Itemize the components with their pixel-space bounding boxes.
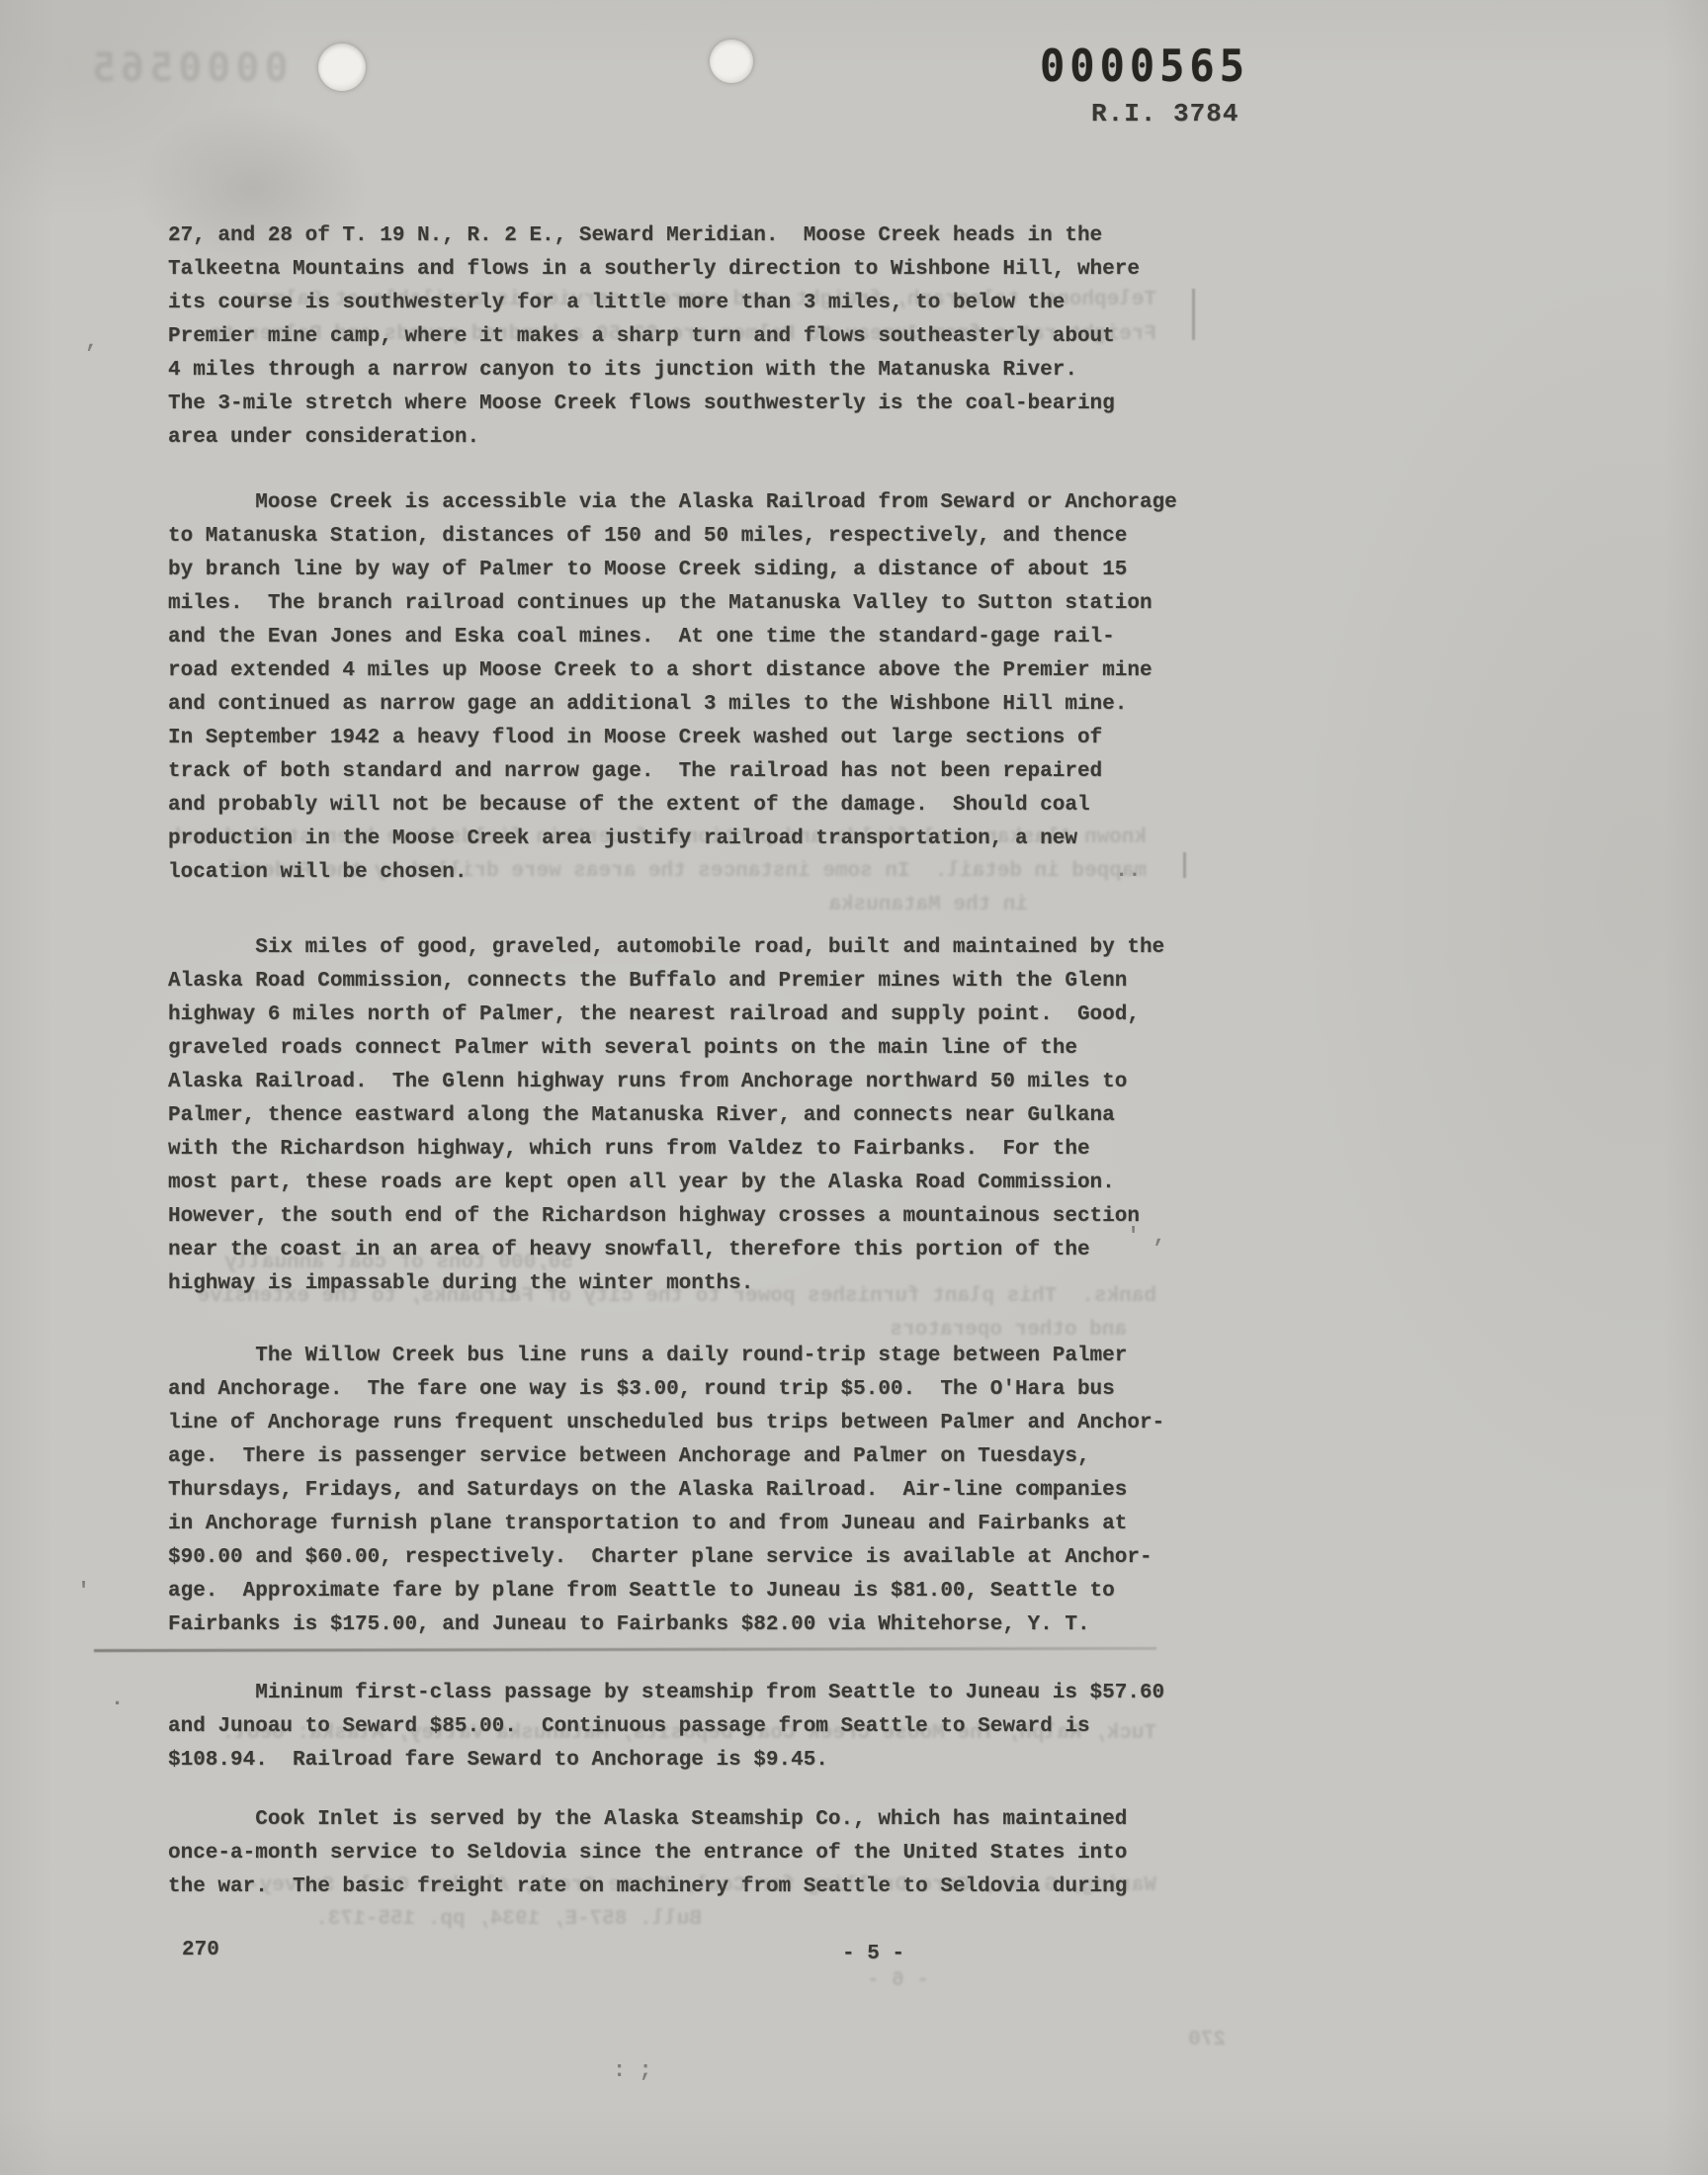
paragraph-location-description: 27, and 28 of T. 19 N., R. 2 E., Seward … (168, 219, 1166, 455)
bleedthrough-line: 270 (1087, 2029, 1226, 2051)
paragraph-roads: Six miles of good, graveled, automobile … (168, 931, 1166, 1301)
paragraph-bus-and-air: The Willow Creek bus line runs a daily r… (168, 1340, 1166, 1642)
bleedthrough-stamp: 0000565 (87, 45, 289, 91)
stray-mark: : ; (613, 2058, 652, 2083)
stray-mark: , (85, 329, 98, 354)
paragraph-steamship-fares: Mininum first-class passage by steamship… (168, 1677, 1166, 1778)
document-serial-stamp: 0000565 (1040, 41, 1249, 92)
pencil-rule-line (94, 1647, 1156, 1652)
report-number: R.I. 3784 (1091, 99, 1238, 129)
paragraph-railroad-access: Moose Creek is accessible via the Alaska… (168, 486, 1166, 890)
stray-mark: . (111, 1687, 124, 1711)
punch-hole (710, 40, 753, 83)
document-body: 27, and 28 of T. 19 N., R. 2 E., Seward … (168, 219, 1166, 1975)
scan-edge-mark (1183, 852, 1186, 878)
paragraph-cook-inlet: Cook Inlet is served by the Alaska Steam… (168, 1803, 1166, 1904)
footer-left-number: 270 (182, 1934, 219, 1967)
page-footer: 270 - 5 - (168, 1934, 1166, 1975)
scanned-document-page: 0000565 0000565 R.I. 3784 Telephone, tel… (0, 0, 1708, 2175)
scan-edge-mark (1192, 289, 1195, 340)
stray-mark: ' (77, 1579, 90, 1604)
punch-hole (318, 43, 366, 91)
footer-page-number: - 5 - (842, 1938, 904, 1971)
